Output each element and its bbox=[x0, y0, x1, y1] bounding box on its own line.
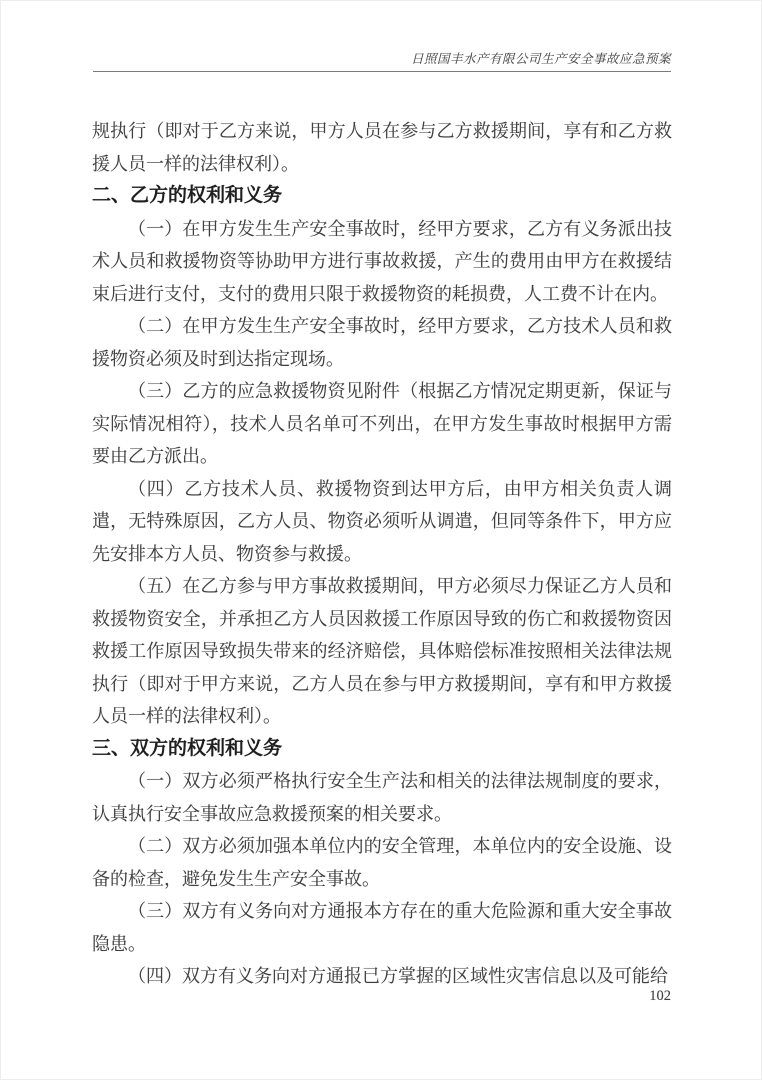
page-number: 102 bbox=[649, 988, 671, 1005]
paragraph-b2: （二）在甲方发生生产安全事故时，经甲方要求，乙方技术人员和救援物资必须及时到达指… bbox=[92, 310, 672, 375]
paragraph-c2: （二）双方必须加强本单位内的安全管理，本单位内的安全设施、设备的检查，避免发生生… bbox=[92, 830, 672, 895]
document-page: 日照国丰水产有限公司生产安全事故应急预案 规执行（即对于乙方来说，甲方人员在参与… bbox=[0, 0, 762, 1080]
paragraph-b4: （四）乙方技术人员、救援物资到达甲方后，由甲方相关负责人调遣，无特殊原因，乙方人… bbox=[92, 473, 672, 571]
paragraph-continuation: 规执行（即对于乙方来说，甲方人员在参与乙方救援期间，享有和乙方救援人员一样的法律… bbox=[92, 115, 672, 180]
paragraph-b3: （三）乙方的应急救援物资见附件（根据乙方情况定期更新，保证与实际情况相符），技术… bbox=[92, 375, 672, 473]
paragraph-c1: （一）双方必须严格执行安全生产法和相关的法律法规制度的要求，认真执行安全事故应急… bbox=[92, 765, 672, 830]
paragraph-b1: （一）在甲方发生生产安全事故时，经甲方要求，乙方有义务派出技术人员和救援物资等协… bbox=[92, 213, 672, 311]
section-heading-both-parties: 三、双方的权利和义务 bbox=[92, 733, 672, 766]
paragraph-c3: （三）双方有义务向对方通报本方存在的重大危险源和重大安全事故隐患。 bbox=[92, 895, 672, 960]
paragraph-c4: （四）双方有义务向对方通报已方掌握的区域性灾害信息以及可能给 bbox=[92, 960, 672, 993]
page-header-title: 日照国丰水产有限公司生产安全事故应急预案 bbox=[411, 49, 671, 67]
header-rule-line bbox=[93, 71, 671, 72]
document-body: 规执行（即对于乙方来说，甲方人员在参与乙方救援期间，享有和乙方救援人员一样的法律… bbox=[92, 115, 672, 993]
paragraph-b5: （五）在乙方参与甲方事故救援期间，甲方必须尽力保证乙方人员和救援物资安全，并承担… bbox=[92, 570, 672, 733]
section-heading-party-b: 二、乙方的权利和义务 bbox=[92, 180, 672, 213]
